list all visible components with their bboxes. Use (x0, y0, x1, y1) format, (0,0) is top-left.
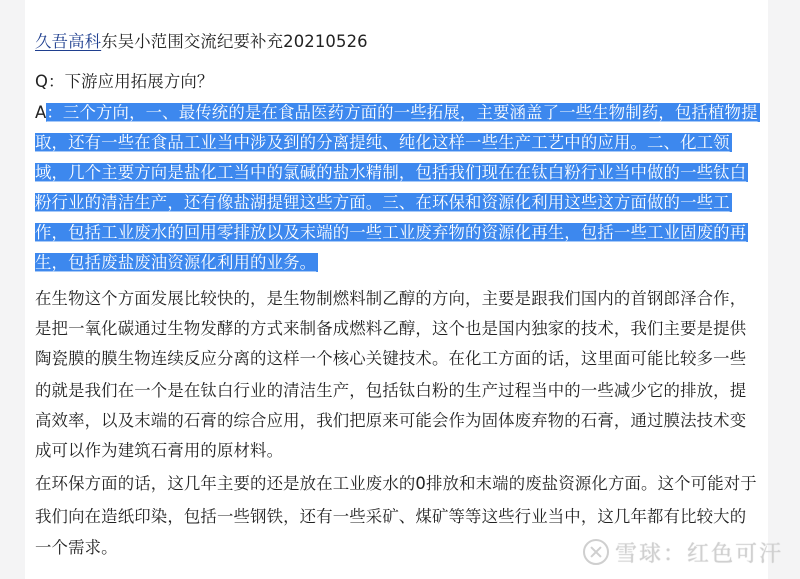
question-text: Q：下游应用拓展方向？ (35, 67, 213, 97)
body-line: 高效率，以及末端的石膏的综合应用，我们把原来可能会作为固体废弃物的石膏，通过膜法… (35, 406, 746, 436)
body-line: 我们向在造纸印染，包括一些钢铁，还有一些采矿、煤矿等等这些行业当中，这几年都有比… (35, 502, 746, 532)
selected-text[interactable]: 作，包括工业废水的回用零排放以及末端的一些工业废弃物的资源化再生，包括一些工业固… (35, 223, 748, 242)
answer-line: 域，几个主要方向是盐化工当中的氯碱的盐水精制，包括我们现在在钛白粉行业当中做的一… (35, 158, 748, 188)
selected-text[interactable]: 取，还有一些在食品工业当中涉及到的分离提纯、纯化这样一些生产工艺中的应用。二、化… (35, 133, 732, 152)
xueqiu-logo-icon (583, 539, 609, 565)
answer-line: 粉行业的清洁生产，还有像盐湖提锂这些方面。三、在环保和资源化利用这些这方面做的一… (35, 188, 732, 218)
title-text: 东吴小范围交流纪要补充20210526 (101, 32, 368, 51)
body-line: 在生物这个方面发展比较快的，是生物制燃料制乙醇的方向，主要是跟我们国内的首钢郎泽… (35, 284, 746, 314)
answer-line: 作，包括工业废水的回用零排放以及末端的一些工业废弃物的资源化再生，包括一些工业固… (35, 218, 748, 248)
answer-line: A：三个方向，一、最传统的是在食品医药方面的一些拓展，主要涵盖了一些生物制药，包… (35, 98, 760, 128)
body-line: 是把一氧化碳通过生物发酵的方式来制备成燃料乙醇，这个也是国内独家的技术，我们主要… (35, 314, 746, 344)
watermark: 雪球：红色可汗 (583, 534, 783, 570)
body-line: 一个需求。 (35, 533, 118, 563)
document-title: 久吾高科东吴小范围交流纪要补充20210526 (35, 27, 368, 57)
document-page: 久吾高科东吴小范围交流纪要补充20210526 Q：下游应用拓展方向？ A：三个… (25, 0, 768, 579)
body-line: 的就是我们在一个是在钛白行业的清洁生产，包括钛白粉的生产过程当中的一些减少它的排… (35, 376, 746, 406)
selected-text[interactable]: 域，几个主要方向是盐化工当中的氯碱的盐水精制，包括我们现在在钛白粉行业当中做的一… (35, 163, 748, 182)
answer-prefix: A (35, 103, 46, 122)
selected-text[interactable]: 粉行业的清洁生产，还有像盐湖提锂这些方面。三、在环保和资源化利用这些这方面做的一… (35, 193, 732, 212)
body-line: 陶瓷膜的膜生物连续反应分离的这样一个核心关键技术。在化工方面的话，这里面可能比较… (35, 344, 746, 374)
stock-link[interactable]: 久吾高科 (35, 32, 101, 51)
body-line: 成可以作为建筑石膏用的原材料。 (35, 436, 283, 466)
watermark-text: 雪球：红色可汗 (615, 537, 783, 568)
selected-text[interactable]: 生，包括废盐废油资源化利用的业务。 (35, 253, 318, 272)
answer-line: 生，包括废盐废油资源化利用的业务。 (35, 248, 318, 278)
answer-line: 取，还有一些在食品工业当中涉及到的分离提纯、纯化这样一些生产工艺中的应用。二、化… (35, 128, 732, 158)
selected-text[interactable]: ：三个方向，一、最传统的是在食品医药方面的一些拓展，主要涵盖了一些生物制药，包括… (46, 103, 759, 122)
body-line: 在环保方面的话，这几年主要的还是放在工业废水的0排放和末端的废盐资源化方面。这个… (35, 469, 757, 499)
